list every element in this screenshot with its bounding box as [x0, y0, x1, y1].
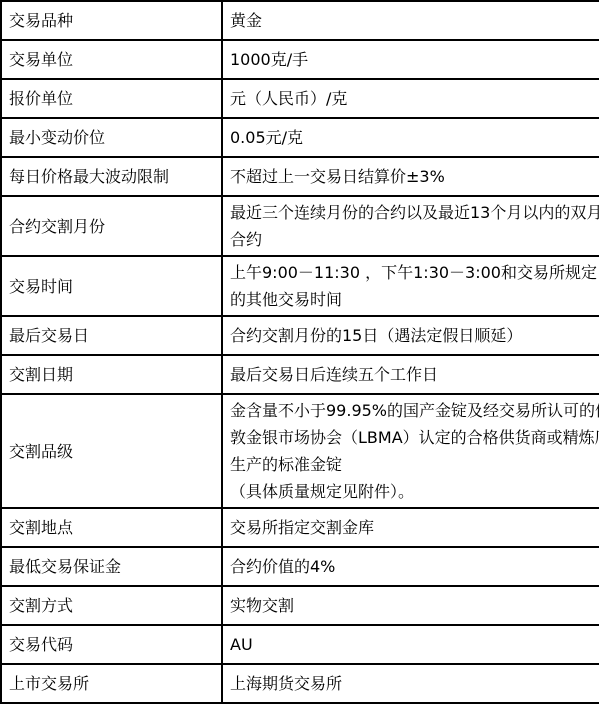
spec-value: AU [222, 625, 599, 664]
spec-value: 上午9:00－11:30 ，下午1:30－3:00和交易所规定的其他交易时间 [222, 256, 599, 316]
spec-label: 交割地点 [1, 508, 222, 547]
spec-row-delivery-method: 交割方式 实物交割 [1, 586, 599, 625]
spec-label: 交易品种 [1, 1, 222, 40]
spec-value: 1000克/手 [222, 40, 599, 79]
spec-row-trading-unit: 交易单位 1000克/手 [1, 40, 599, 79]
spec-label: 报价单位 [1, 79, 222, 118]
spec-value: 实物交割 [222, 586, 599, 625]
spec-row-min-margin: 最低交易保证金 合约价值的4% [1, 547, 599, 586]
spec-row-trading-hours: 交易时间 上午9:00－11:30 ，下午1:30－3:00和交易所规定的其他交… [1, 256, 599, 316]
spec-value: 上海期货交易所 [222, 664, 599, 703]
spec-label: 交割方式 [1, 586, 222, 625]
spec-value: 交易所指定交割金库 [222, 508, 599, 547]
spec-value: 黄金 [222, 1, 599, 40]
spec-value: 最后交易日后连续五个工作日 [222, 355, 599, 394]
spec-label: 交易单位 [1, 40, 222, 79]
spec-value: 0.05元/克 [222, 118, 599, 157]
spec-row-delivery-months: 合约交割月份 最近三个连续月份的合约以及最近13个月以内的双月合约 [1, 196, 599, 256]
spec-label: 交易代码 [1, 625, 222, 664]
spec-row-ticker-symbol: 交易代码 AU [1, 625, 599, 664]
spec-label: 交割品级 [1, 394, 222, 508]
spec-label: 最后交易日 [1, 316, 222, 355]
spec-value: 合约交割月份的15日（遇法定假日顺延） [222, 316, 599, 355]
spec-label: 合约交割月份 [1, 196, 222, 256]
spec-label: 交割日期 [1, 355, 222, 394]
spec-value: 最近三个连续月份的合约以及最近13个月以内的双月合约 [222, 196, 599, 256]
spec-row-last-trading-day: 最后交易日 合约交割月份的15日（遇法定假日顺延） [1, 316, 599, 355]
spec-row-listing-exchange: 上市交易所 上海期货交易所 [1, 664, 599, 703]
spec-row-delivery-grade: 交割品级 金含量不小于99.95%的国产金锭及经交易所认可的伦敦金银市场协会（L… [1, 394, 599, 508]
spec-row-delivery-place: 交割地点 交易所指定交割金库 [1, 508, 599, 547]
spec-value: 不超过上一交易日结算价±3% [222, 157, 599, 196]
spec-label: 上市交易所 [1, 664, 222, 703]
spec-row-daily-price-limit: 每日价格最大波动限制 不超过上一交易日结算价±3% [1, 157, 599, 196]
gold-futures-spec-table: 交易品种 黄金 交易单位 1000克/手 报价单位 元（人民币）/克 最小变动价… [0, 0, 599, 704]
spec-row-delivery-date: 交割日期 最后交易日后连续五个工作日 [1, 355, 599, 394]
spec-value: 合约价值的4% [222, 547, 599, 586]
spec-label: 最低交易保证金 [1, 547, 222, 586]
spec-value: 元（人民币）/克 [222, 79, 599, 118]
spec-label: 每日价格最大波动限制 [1, 157, 222, 196]
spec-row-quote-unit: 报价单位 元（人民币）/克 [1, 79, 599, 118]
spec-label: 交易时间 [1, 256, 222, 316]
spec-label: 最小变动价位 [1, 118, 222, 157]
spec-row-trading-product: 交易品种 黄金 [1, 1, 599, 40]
spec-row-min-tick: 最小变动价位 0.05元/克 [1, 118, 599, 157]
spec-value: 金含量不小于99.95%的国产金锭及经交易所认可的伦敦金银市场协会（LBMA）认… [222, 394, 599, 508]
